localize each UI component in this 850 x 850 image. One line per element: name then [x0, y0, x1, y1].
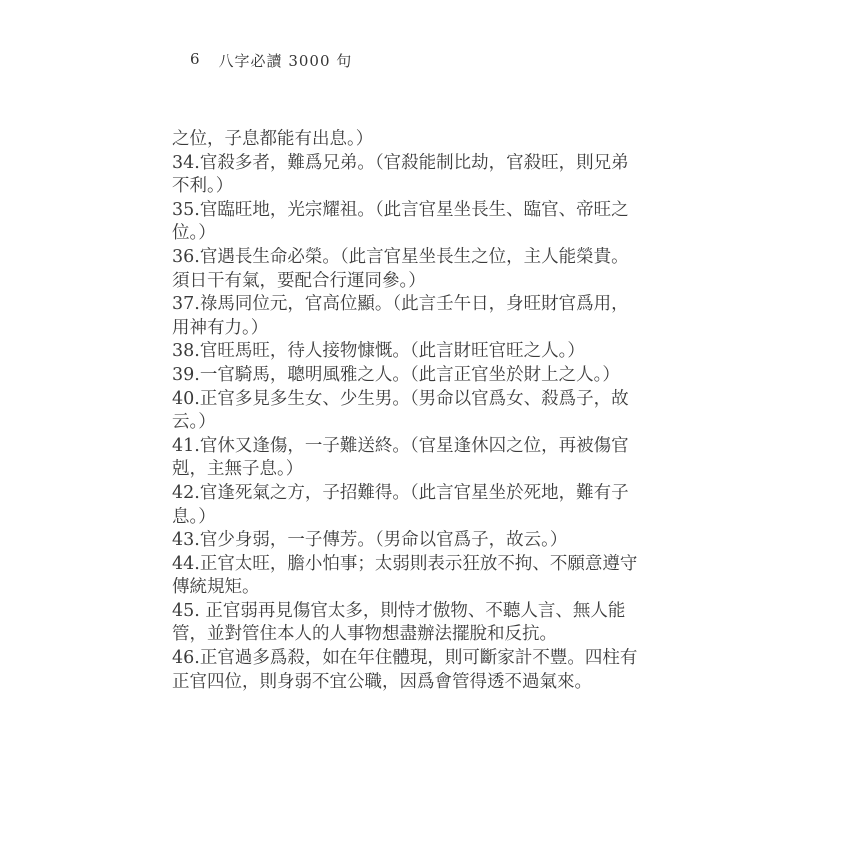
text-line: 45. 正官弱再見傷官太多，則恃才傲物、不聽人言、無人能 [172, 600, 692, 624]
text-line: 39.一官騎馬，聰明風雅之人。（此言正官坐於財上之人。） [172, 364, 692, 388]
text-line: 41.官休又逢傷，一子難送終。（官星逢休囚之位，再被傷官 [172, 435, 692, 459]
text-line: 43.官少身弱，一子傳芳。（男命以官爲子，故云。） [172, 529, 692, 553]
text-line: 35.官臨旺地，光宗耀祖。（此言官星坐長生、臨官、帝旺之 [172, 199, 692, 223]
text-line: 位。） [172, 222, 692, 246]
text-line: 管，並對管住本人的人事物想盡辦法擺脫和反抗。 [172, 623, 692, 647]
text-line: 46.正官過多爲殺，如在年住體現，則可斷家計不豐。四柱有 [172, 647, 692, 671]
text-line: 須日干有氣，要配合行運同參。） [172, 270, 692, 294]
text-line: 37.祿馬同位元，官高位顯。（此言壬午日，身旺財官爲用， [172, 293, 692, 317]
text-line: 息。） [172, 506, 692, 530]
text-line: 34.官殺多者，難爲兄弟。（官殺能制比劫，官殺旺，則兄弟 [172, 152, 692, 176]
text-line: 38.官旺馬旺，待人接物慷慨。（此言財旺官旺之人。） [172, 340, 692, 364]
text-line: 之位，子息都能有出息。） [172, 128, 692, 152]
page-number: 6 [190, 50, 201, 71]
text-line: 云。） [172, 411, 692, 435]
text-line: 正官四位，則身弱不宜公職，因爲會管得透不過氣來。 [172, 671, 692, 695]
page-body: 之位，子息都能有出息。） 34.官殺多者，難爲兄弟。（官殺能制比劫，官殺旺，則兄… [172, 128, 692, 694]
text-line: 42.官逢死氣之方，子招難得。（此言官星坐於死地，難有子 [172, 482, 692, 506]
running-header: 6 八字必讀 3000 句 [190, 50, 352, 71]
text-line: 剋，主無子息。） [172, 458, 692, 482]
text-line: 44.正官太旺，膽小怕事；太弱則表示狂放不拘、不願意遵守 [172, 553, 692, 577]
text-line: 36.官遇長生命必榮。（此言官星坐長生之位，主人能榮貴。 [172, 246, 692, 270]
text-line: 傳統規矩。 [172, 576, 692, 600]
book-title: 八字必讀 3000 句 [219, 50, 353, 71]
text-line: 40.正官多見多生女、少生男。（男命以官爲女、殺爲子，故 [172, 388, 692, 412]
text-line: 用神有力。） [172, 317, 692, 341]
text-line: 不利。） [172, 175, 692, 199]
